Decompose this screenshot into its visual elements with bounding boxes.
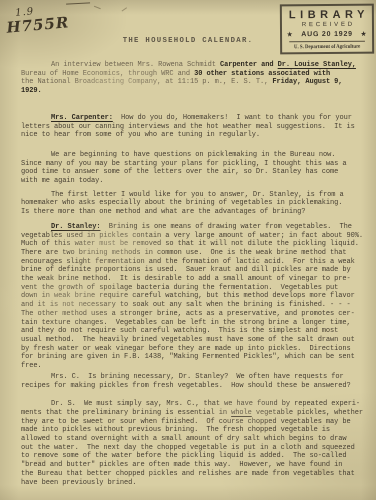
underlined-text: Dr. Louise Stanley, (278, 61, 356, 69)
text-segment: 30 other stations associated with (194, 70, 330, 78)
text-segment: We are beginning to have questions on pi… (21, 151, 347, 185)
text-segment: Bureau of Home Economics, through WRC an… (21, 70, 194, 78)
underlined-text: Mrs. Carpenter: (51, 114, 113, 122)
paragraph: Dr. S. We must simply say, Mrs. C., that… (21, 400, 370, 487)
stamp-library-text: LIBRARY (284, 9, 370, 22)
paragraph: Dr. Stanley: Brining is one means of dra… (21, 223, 370, 371)
text-segment: An interview between Mrs. Rowena Schmidt (51, 61, 220, 69)
paragraph: Mrs. C. Is brining necessary, Dr. Stanle… (21, 373, 370, 390)
underlined-text: Dr. Stanley: (51, 223, 100, 231)
library-received-stamp: LIBRARY RECEIVED ★ AUG 20 1929 ★ U. S. D… (280, 4, 374, 55)
text-segment: Carpenter and (220, 61, 278, 69)
call-number: 1.9 H755R (5, 3, 70, 36)
text-segment: The first letter I would like for you to… (21, 191, 344, 216)
paragraph: Mrs. Carpenter: How do you do, Homemaker… (21, 114, 370, 140)
underlined-text: whole (231, 409, 252, 417)
paragraph: We are beginning to have questions on pi… (21, 151, 370, 186)
text-segment: Brining is one means of drawing water fr… (21, 223, 363, 370)
document-page: 1.9 H755R LIBRARY RECEIVED ★ AUG 20 1929… (0, 0, 376, 500)
pencil-mark (94, 5, 101, 9)
text-segment: the National Broadcasting Company, at 11… (21, 78, 272, 86)
text-segment: vegetable pickles, whether they are to b… (21, 409, 363, 487)
pencil-mark (66, 0, 90, 5)
text-segment: Mrs. C. Is brining necessary, Dr. Stanle… (21, 373, 351, 390)
pencil-mark (121, 6, 127, 11)
document-body: An interview between Mrs. Rowena Schmidt… (21, 61, 370, 487)
page-title: THE HOUSEHOLD CALENDAR. (0, 37, 376, 45)
paragraph: The first letter I would like for you to… (21, 191, 370, 217)
paragraph: An interview between Mrs. Rowena Schmidt… (21, 61, 370, 96)
stamp-received-text: RECEIVED (284, 22, 370, 29)
